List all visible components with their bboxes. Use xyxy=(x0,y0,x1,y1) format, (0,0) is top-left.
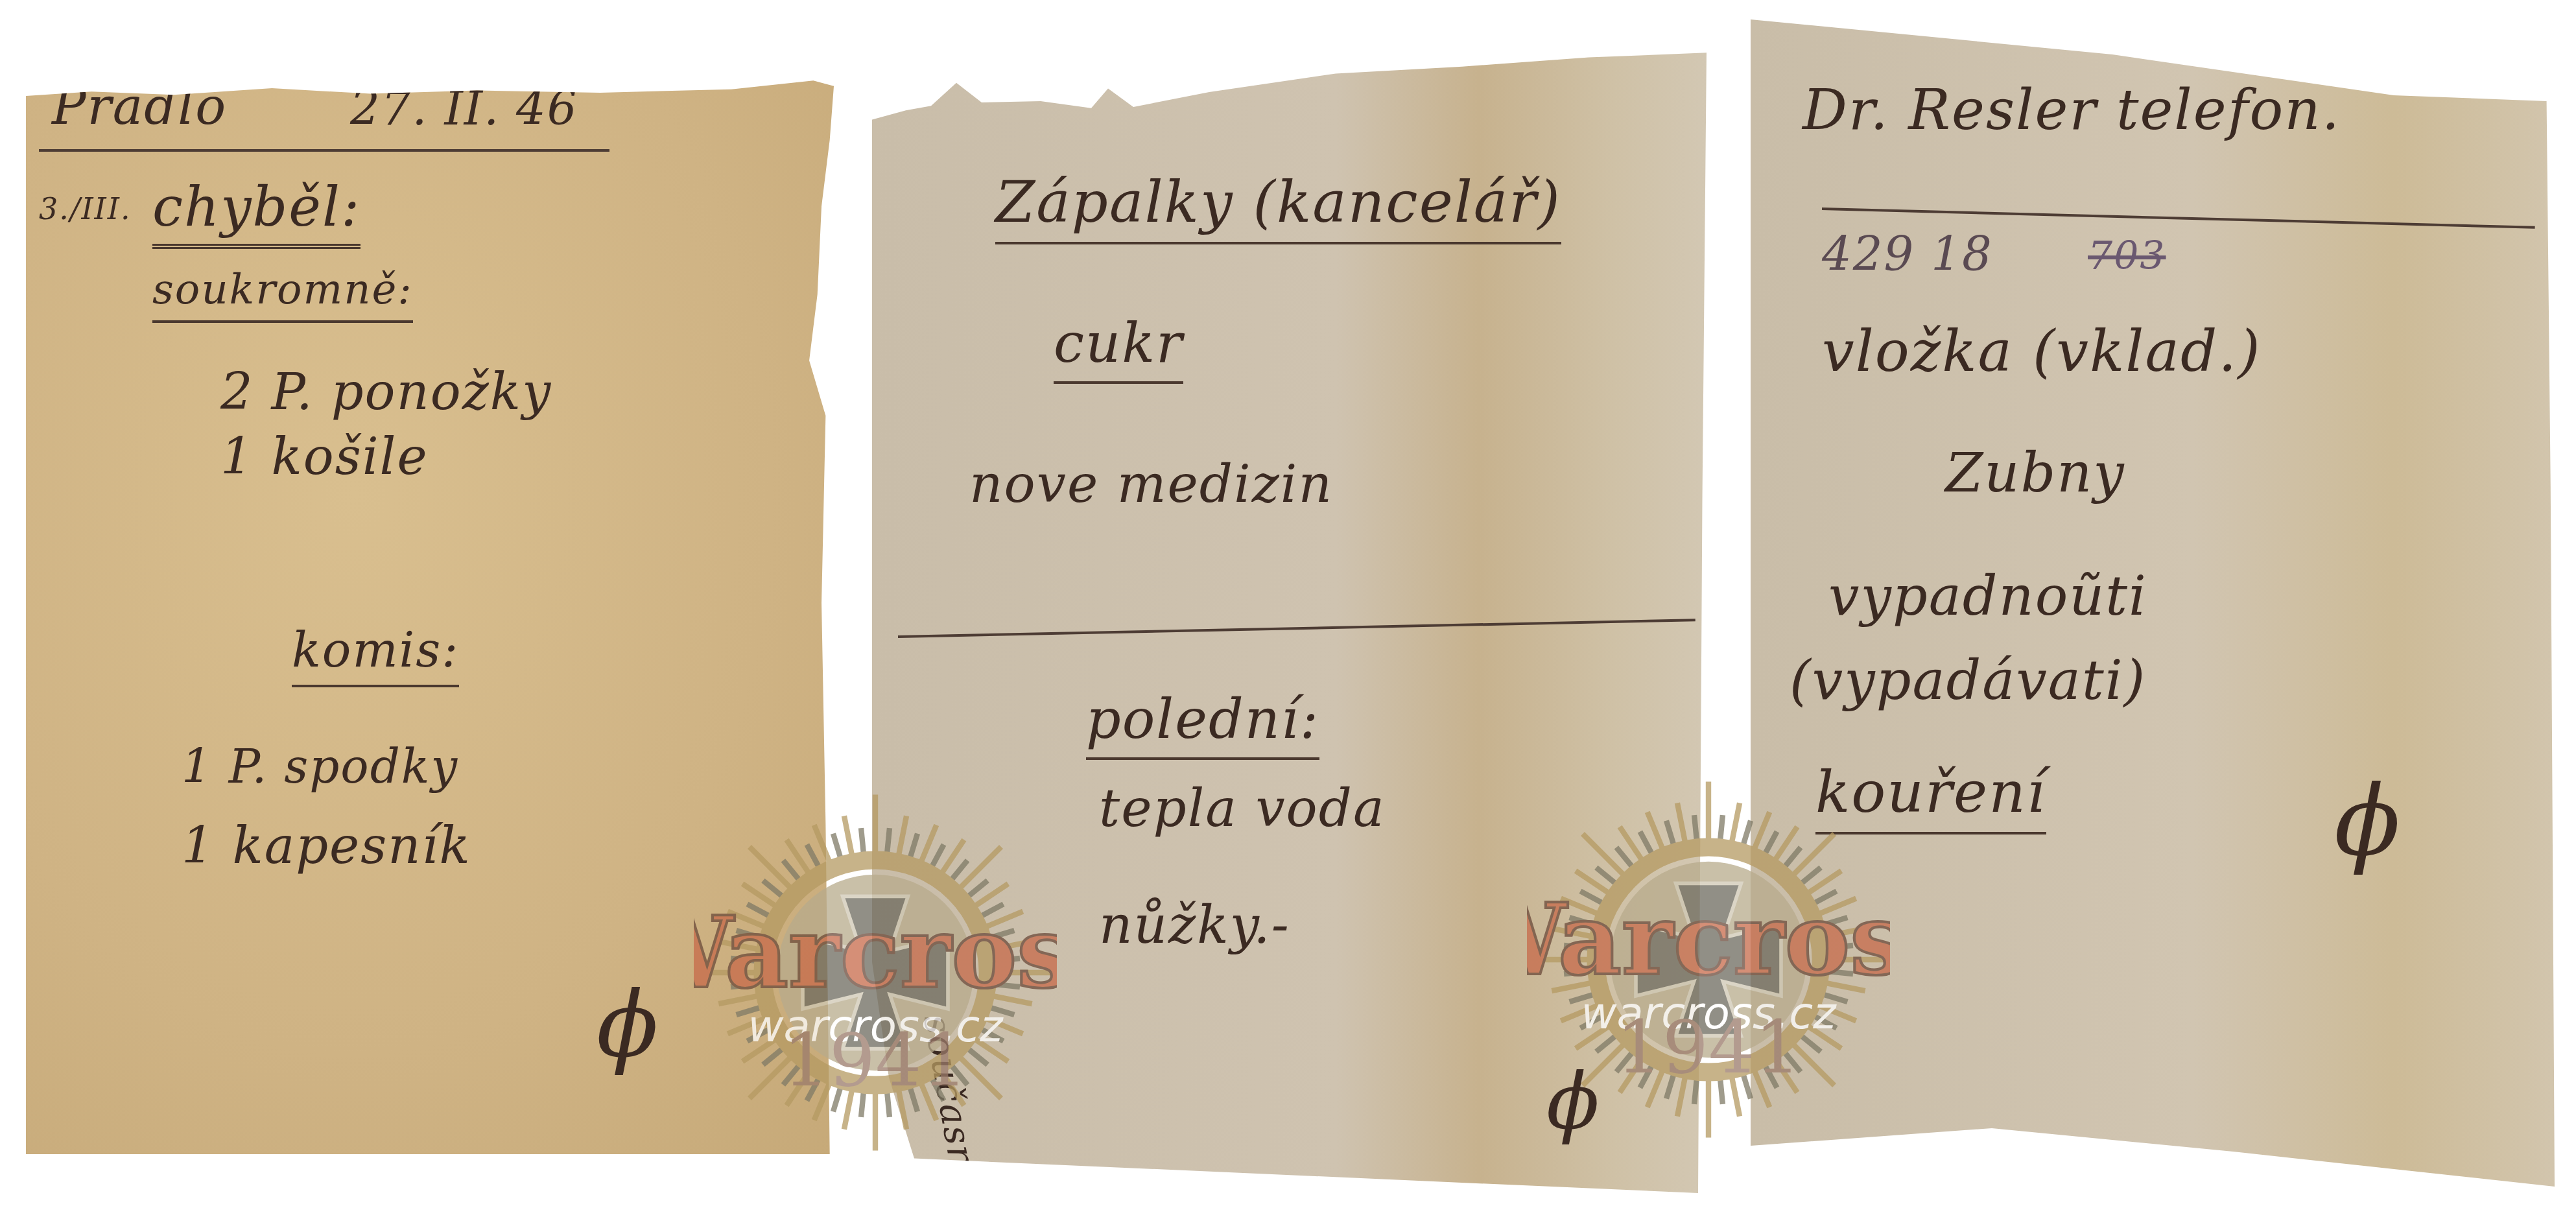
watermark-title: Warcross xyxy=(694,895,1057,1010)
note-line: Zubny xyxy=(1945,441,2125,504)
watermark-year: 1941 xyxy=(1616,1006,1801,1090)
note-title: Prádlo xyxy=(52,78,227,136)
note-date: 27. II. 46 xyxy=(350,81,578,136)
item: 1 košile xyxy=(220,428,429,486)
note-line: cukr xyxy=(1054,311,1183,384)
watermark-badge: Warcross warcross.cz 1941 xyxy=(1527,778,1890,1141)
section-private: soukromně: xyxy=(152,266,413,323)
watermark-badge: Warcross warcross.cz 1941 xyxy=(694,791,1057,1154)
watermark-year: 1941 xyxy=(783,1019,967,1103)
note-line: vypadnoũti xyxy=(1828,564,2147,628)
divider xyxy=(39,149,609,152)
signature-initial: ϕ xyxy=(2334,765,2402,878)
phone-number-struck: 703 xyxy=(2088,233,2166,279)
signature-initial: ϕ xyxy=(597,973,659,1078)
note-line: nůžky.- xyxy=(1099,895,1290,955)
iron-cross-star-icon: Warcross warcross.cz 1941 xyxy=(694,791,1057,1154)
item: 1 kapesník xyxy=(182,817,471,875)
note-line: polední: xyxy=(1086,687,1319,760)
note-line: (vypadávati) xyxy=(1790,648,2146,712)
note-line: tepla voda xyxy=(1099,778,1386,838)
section-military: komis: xyxy=(292,622,459,687)
divider xyxy=(898,619,1696,638)
date-prefix: 3./III. xyxy=(39,191,132,226)
note-line: vložka (vklad.) xyxy=(1822,318,2262,385)
item: 2 P. ponožky xyxy=(220,363,552,421)
note-title: Dr. Resler telefon. xyxy=(1802,78,2341,143)
note-line: nove medizin xyxy=(969,454,1333,514)
item: 1 P. spodky xyxy=(182,739,458,794)
phone-number: 429 18 xyxy=(1822,227,1993,281)
watermark-title: Warcross xyxy=(1527,882,1890,997)
divider xyxy=(1822,207,2535,229)
note-line: Zápalky (kancelář) xyxy=(995,169,1561,244)
heading-missing: chyběl: xyxy=(152,175,360,249)
iron-cross-star-icon: Warcross warcross.cz 1941 xyxy=(1527,778,1890,1141)
